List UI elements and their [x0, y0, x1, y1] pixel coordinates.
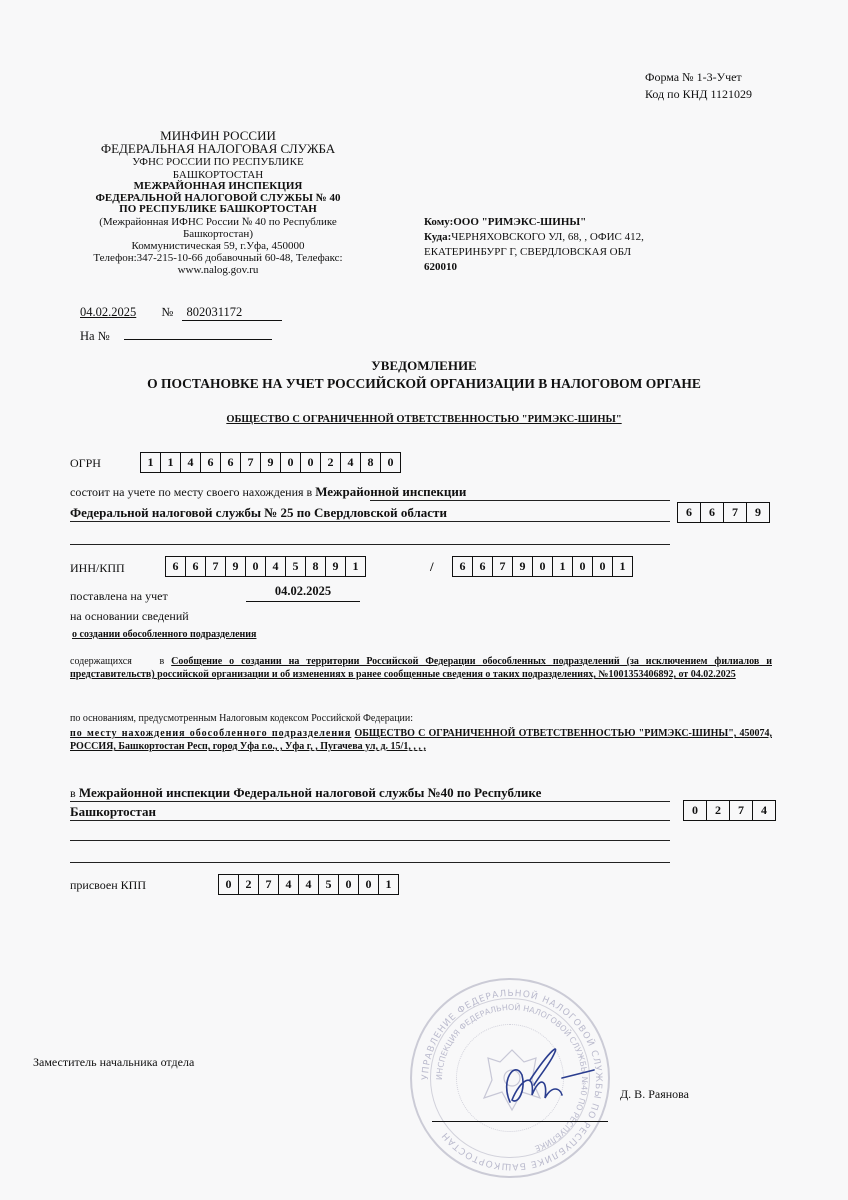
registered-label: поставлена на учет: [70, 589, 168, 604]
contained-in-paragraph: содержащихся в Сообщение о создании на т…: [70, 655, 772, 681]
grounds-label: по основаниям, предусмотренным Налоговым…: [70, 712, 413, 725]
new-authority-code-digit-box: 2: [706, 800, 730, 821]
form-number: Форма № 1-3-Учет: [645, 69, 752, 86]
kpp-digit-box: 0: [572, 556, 593, 577]
basis-label: на основании сведений: [70, 609, 189, 624]
underline: [70, 801, 670, 802]
authority-code-digit-box: 7: [723, 502, 747, 523]
basis-value: о создании обособленного подразделения: [72, 629, 256, 640]
assigned-kpp-digit-box: 0: [358, 874, 379, 895]
assigned-kpp-boxes: 027445001: [219, 874, 399, 895]
assigned-kpp-digit-box: 0: [338, 874, 359, 895]
assigned-kpp-label: присвоен КПП: [70, 878, 146, 893]
new-authority-code-digit-box: 0: [683, 800, 707, 821]
document-title: УВЕДОМЛЕНИЕ: [0, 358, 848, 374]
inn-digit-box: 9: [225, 556, 246, 577]
ogrn-digit-box: 1: [140, 452, 161, 473]
ogrn-digit-box: 4: [340, 452, 361, 473]
new-authority-code-digit-box: 4: [752, 800, 776, 821]
kpp-digit-box: 9: [512, 556, 533, 577]
authority-service: ФЕДЕРАЛЬНАЯ НАЛОГОВАЯ СЛУЖБА: [78, 142, 358, 156]
grounds-paragraph: по месту нахождения обособленного подраз…: [70, 727, 772, 753]
authority-phone: Телефон:347-215-10-66 добавочный 60-48, …: [78, 252, 358, 264]
new-authority-line1: в Межрайонной инспекции Федеральной нало…: [70, 785, 670, 801]
ogrn-digit-box: 2: [320, 452, 341, 473]
reply-reference: На №: [80, 327, 272, 344]
assigned-kpp-digit-box: 4: [278, 874, 299, 895]
new-authority-code-digit-box: 7: [729, 800, 753, 821]
authority-code-digit-box: 9: [746, 502, 770, 523]
new-authority-line2: Башкортостан: [70, 804, 156, 820]
signer-name: Д. В. Раянова: [620, 1087, 689, 1102]
addressee-postcode: 620010: [424, 260, 644, 275]
inn-digit-box: 5: [285, 556, 306, 577]
form-identifier: Форма № 1-3-Учет Код по КНД 1121029: [645, 69, 752, 103]
authority-code-digit-box: 6: [700, 502, 724, 523]
inn-kpp-label: ИНН/КПП: [70, 561, 125, 576]
ogrn-digit-box: 9: [260, 452, 281, 473]
authority-address: Коммунистическая 59, г.Уфа, 450000: [78, 240, 358, 252]
handwritten-signature-icon: [490, 1040, 600, 1110]
authority-short-name: (Межрайонная ИФНС России № 40 по Республ…: [78, 216, 358, 228]
number-label: №: [161, 305, 173, 319]
inn-digit-box: 6: [165, 556, 186, 577]
addressee-city: ЕКАТЕРИНБУРГ Г, СВЕРДЛОВСКАЯ ОБЛ: [424, 245, 644, 260]
issuing-authority: МИНФИН РОССИИ ФЕДЕРАЛЬНАЯ НАЛОГОВАЯ СЛУЖ…: [78, 129, 358, 276]
new-authority-code-boxes: 0274: [684, 800, 776, 821]
underline: [370, 500, 670, 501]
inn-digit-box: 1: [345, 556, 366, 577]
authority-short-name-cont: Башкортостан): [78, 228, 358, 240]
reply-label: На №: [80, 329, 110, 343]
kpp-digit-box: 6: [452, 556, 473, 577]
underline: [70, 521, 670, 522]
kpp-digit-box: 0: [592, 556, 613, 577]
document-date-number: 04.02.2025 № 802031172: [80, 305, 282, 321]
authority-inspection-region: ПО РЕСПУБЛИКЕ БАШКОРТОСТАН: [78, 204, 358, 216]
kpp-digit-box: 0: [532, 556, 553, 577]
assigned-kpp-digit-box: 1: [378, 874, 399, 895]
knd-code: Код по КНД 1121029: [645, 86, 752, 103]
assigned-kpp-digit-box: 2: [238, 874, 259, 895]
addressee-where: Куда:ЧЕРНЯХОВСКОГО УЛ, 68, , ОФИС 412,: [424, 230, 644, 245]
underline-empty: [70, 544, 670, 545]
document-subtitle: О ПОСТАНОВКЕ НА УЧЕТ РОССИЙСКОЙ ОРГАНИЗА…: [0, 376, 848, 392]
ogrn-digit-box: 6: [200, 452, 221, 473]
inn-kpp-separator: /: [430, 559, 434, 575]
registered-authority-part2: Федеральной налоговой службы № 25 по Све…: [70, 505, 670, 521]
inn-digit-box: 0: [245, 556, 266, 577]
authority-website: www.nalog.gov.ru: [78, 264, 358, 276]
signer-position: Заместитель начальника отдела: [33, 1055, 194, 1070]
assigned-kpp-digit-box: 0: [218, 874, 239, 895]
inn-digit-box: 9: [325, 556, 346, 577]
ogrn-digit-box: 0: [300, 452, 321, 473]
underline-empty: [70, 840, 670, 841]
underline: [70, 820, 670, 821]
authority-ufns: УФНС РОССИИ ПО РЕСПУБЛИКЕ: [78, 156, 358, 169]
signature-line: [432, 1121, 608, 1122]
inn-digit-box: 6: [185, 556, 206, 577]
inn-boxes: 6679045891: [166, 556, 366, 577]
ogrn-label: ОГРН: [70, 456, 101, 471]
ogrn-digit-box: 0: [280, 452, 301, 473]
registered-authority-code-boxes: 6679: [678, 502, 770, 523]
underline-empty: [70, 862, 670, 863]
ogrn-digit-box: 4: [180, 452, 201, 473]
organization-name: ОБЩЕСТВО С ОГРАНИЧЕННОЙ ОТВЕТСТВЕННОСТЬЮ…: [0, 414, 848, 425]
document-date: 04.02.2025: [80, 305, 136, 319]
ogrn-digit-box: 8: [360, 452, 381, 473]
reply-number-blank: [124, 327, 272, 340]
ogrn-digit-box: 0: [380, 452, 401, 473]
kpp-boxes: 667901001: [453, 556, 633, 577]
inn-digit-box: 4: [265, 556, 286, 577]
assigned-kpp-digit-box: 7: [258, 874, 279, 895]
kpp-digit-box: 6: [472, 556, 493, 577]
ogrn-boxes: 1146679002480: [141, 452, 401, 473]
document-page: Форма № 1-3-Учет Код по КНД 1121029 МИНФ…: [0, 0, 848, 1200]
authority-inspection: МЕЖРАЙОННАЯ ИНСПЕКЦИЯ: [78, 181, 358, 193]
addressee: Кому:ООО "РИМЭКС-ШИНЫ" Куда:ЧЕРНЯХОВСКОГ…: [424, 215, 644, 275]
authority-code-digit-box: 6: [677, 502, 701, 523]
assigned-kpp-digit-box: 5: [318, 874, 339, 895]
kpp-digit-box: 1: [552, 556, 573, 577]
registered-authority-part1: Межрайонной инспекции: [315, 484, 466, 499]
kpp-digit-box: 1: [612, 556, 633, 577]
registered-date: 04.02.2025: [246, 584, 360, 602]
ogrn-digit-box: 6: [220, 452, 241, 473]
inn-digit-box: 7: [205, 556, 226, 577]
document-number: 802031172: [182, 305, 282, 321]
ogrn-digit-box: 7: [240, 452, 261, 473]
ogrn-digit-box: 1: [160, 452, 181, 473]
assigned-kpp-digit-box: 4: [298, 874, 319, 895]
source-message: Сообщение о создании на территории Росси…: [70, 656, 772, 680]
inn-digit-box: 8: [305, 556, 326, 577]
addressee-to: Кому:ООО "РИМЭКС-ШИНЫ": [424, 215, 644, 230]
registered-at-line1: состоит на учете по месту своего нахожде…: [70, 484, 670, 500]
kpp-digit-box: 7: [492, 556, 513, 577]
